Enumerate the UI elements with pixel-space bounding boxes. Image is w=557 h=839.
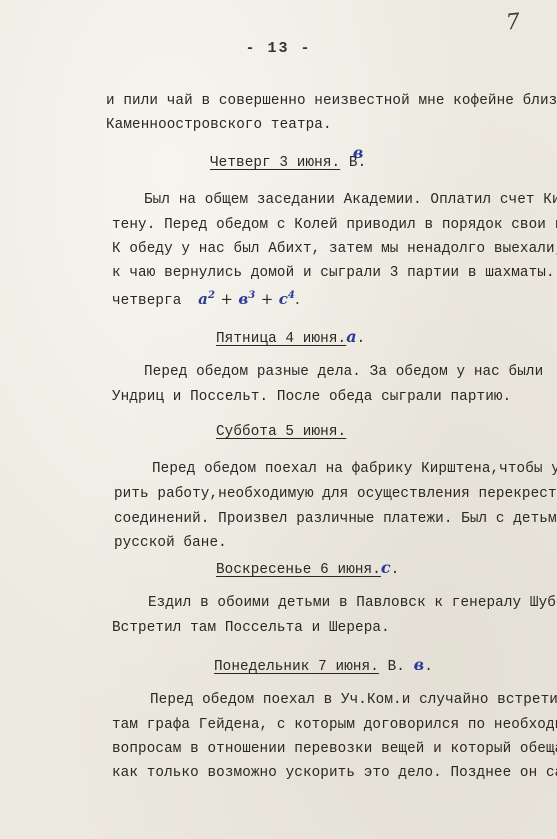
text-line: соединений. Произвел различные платежи. …	[114, 511, 557, 527]
text-line: к чаю вернулись домой и сыграли 3 партии…	[112, 265, 557, 281]
formula-exponent: 3	[248, 290, 255, 301]
formula-base: a	[198, 290, 208, 308]
entry-heading-monday: Понедельник 7 июня. В. в.	[214, 655, 433, 675]
heading-text: Суббота 5 июня.	[216, 424, 346, 440]
entry-heading-saturday: Суббота 5 июня.	[216, 424, 346, 440]
formula-operator: +	[261, 290, 274, 308]
text-line: русской бане.	[114, 535, 227, 551]
handwritten-mark: в	[353, 143, 364, 162]
text-line-with-formula: четверга a2 + в3 + c4.	[112, 290, 300, 309]
heading-text: Четверг 3 июня.	[210, 155, 340, 171]
heading-text: Понедельник 7 июня.	[214, 659, 379, 675]
entry-heading-thursday: Четверг 3 июня. В. в	[210, 155, 366, 171]
document-page: 7 - 13 - и пили чай в совершенно неизвес…	[0, 0, 557, 839]
formula-exponent: 2	[208, 290, 215, 301]
heading-suffix: .	[391, 562, 400, 578]
text-line: и пили чай в совершенно неизвестной мне …	[106, 93, 557, 109]
formula-operator: +	[220, 290, 233, 308]
heading-suffix-end: .	[424, 659, 433, 675]
handwritten-mark: c	[381, 558, 391, 577]
page-number: - 13 -	[0, 40, 557, 57]
text-line: там графа Гейдена, с которым договорился…	[112, 717, 557, 733]
handwritten-mark: в	[414, 655, 425, 674]
formula-base: в	[238, 290, 248, 308]
text-line: вопросам в отношении перевозки вещей и к…	[112, 741, 557, 757]
text-line: Перед обедом поехал на фабрику Кирштена,…	[152, 461, 557, 477]
text-line: рить работу,необходимую для осуществлени…	[114, 486, 557, 502]
text-line: Встретил там Поссельта и Шерера.	[112, 620, 390, 636]
handwritten-mark: a	[346, 327, 356, 346]
text-line: Ездил в обоими детьми в Павловск к генер…	[148, 595, 557, 611]
formula-exponent: 4	[288, 290, 295, 301]
text-line: Перед обедом поехал в Уч.Ком.и случайно …	[150, 692, 557, 708]
text-line: К обеду у нас был Абихт, затем мы ненадо…	[112, 241, 557, 257]
archive-sheet-number: 7	[505, 9, 522, 35]
heading-text: Пятница 4 июня.	[216, 331, 346, 347]
heading-suffix: .	[357, 331, 366, 347]
text-line: тену. Перед обедом с Колей приводил в по…	[112, 217, 557, 233]
heading-text: Воскресенье 6 июня.	[216, 562, 381, 578]
heading-suffix: В.	[388, 659, 405, 675]
text-line: Каменноостровского театра.	[106, 117, 332, 133]
handwritten-formula: a2 + в3 + c4.	[198, 290, 300, 308]
text-line: Ундриц и Поссельт. После обеда сыграли п…	[112, 389, 511, 405]
heading-suffix: В. в	[349, 155, 366, 171]
entry-heading-sunday: Воскресенье 6 июня.c.	[216, 558, 399, 578]
text-fragment: четверга	[112, 293, 181, 309]
formula-end: .	[295, 290, 300, 308]
entry-heading-friday: Пятница 4 июня.a.	[216, 327, 365, 347]
formula-base: c	[279, 290, 288, 308]
text-line: Перед обедом разные дела. За обедом у на…	[144, 364, 543, 380]
text-line: Был на общем заседании Академии. Оплатил…	[144, 192, 557, 208]
text-line: как только возможно ускорить это дело. П…	[112, 765, 557, 781]
